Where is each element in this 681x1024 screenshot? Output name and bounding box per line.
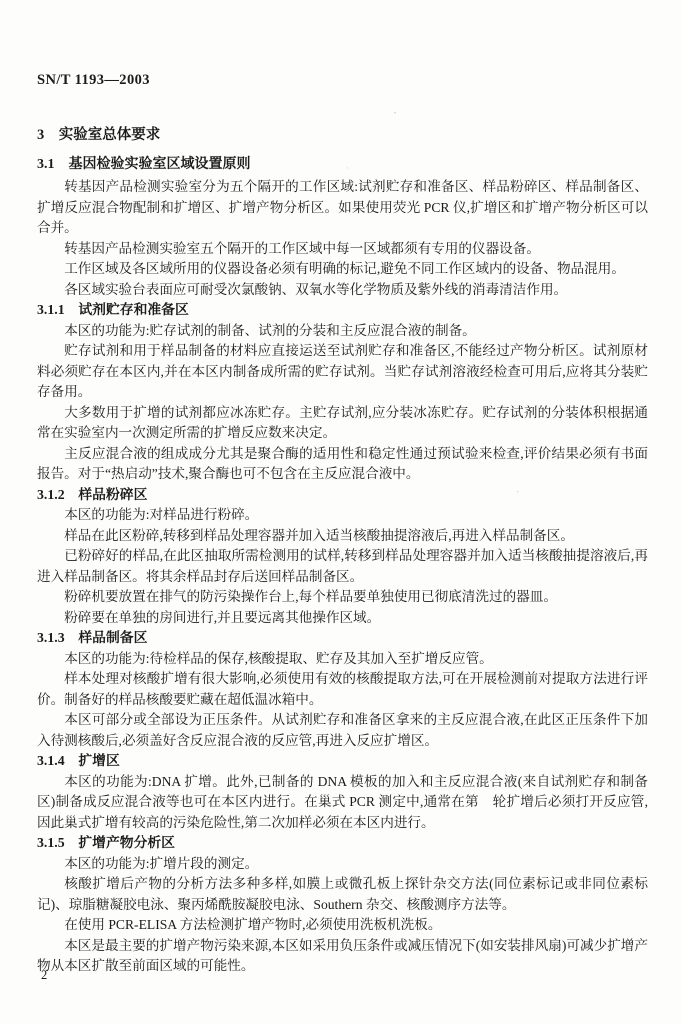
paragraph: 主反应混合液的组成成分尤其是聚合酶的适用性和稳定性通过预试验来检查,评价结果必须… [37, 444, 648, 485]
paragraph: 本区的功能为:对样品进行粉碎。 [37, 505, 648, 526]
paragraph: 本区的功能为:待检样品的保存,核酸提取、贮存及其加入至扩增反应管。 [37, 649, 648, 670]
paragraph: 样本处理对核酸扩增有很大影响,必须使用有效的核酸提取方法,可在开展检测前对提取方… [37, 669, 648, 710]
paragraph: 大多数用于扩增的试剂都应冰冻贮存。主贮存试剂,应分装冰冻贮存。贮存试剂的分装体积… [37, 403, 648, 444]
paragraph: 粉碎机要放置在排气的防污染操作台上,每个样品要单独使用已彻底清洗过的器皿。 [37, 587, 648, 608]
paragraph: 本区的功能为:DNA 扩增。此外,已制备的 DNA 模板的加入和主反应混合液(来… [37, 772, 648, 834]
paragraph: 工作区域及各区域所用的仪器设备必须有明确的标记,避免不同工作区域内的设备、物品混… [37, 259, 648, 280]
scanned-document-page: SN/T 1193—2003 3 实验室总体要求 3.1 基因检验实验室区域设置… [0, 0, 681, 1024]
paragraph: 在使用 PCR-ELISA 方法检测扩增产物时,必须使用洗板机洗板。 [37, 915, 648, 936]
paragraph: 转基因产品检测实验室分为五个隔开的工作区域:试剂贮存和准备区、样品粉碎区、样品制… [37, 177, 648, 239]
paragraph: 本区可部分或全部设为正压条件。从试剂贮存和准备区拿来的主反应混合液,在此区正压条… [37, 710, 648, 751]
paragraph: 核酸扩增后产物的分析方法多种多样,如膜上或微孔板上探针杂交方法(同位素标记或非同… [37, 874, 648, 915]
clause-3-1-3-heading: 3.1.3 样品制备区 [37, 628, 648, 649]
section-3-1-heading: 3.1 基因检验实验室区域设置原则 [37, 155, 648, 175]
clause-3-1-4-heading: 3.1.4 扩增区 [37, 751, 648, 772]
chapter-heading: 3 实验室总体要求 [37, 125, 648, 145]
clause-3-1-2-heading: 3.1.2 样品粉碎区 [37, 485, 648, 506]
page-number: 2 [41, 968, 47, 982]
paragraph: 本区是最主要的扩增产物污染来源,本区如采用负压条件或减压情况下(如安装排风扇)可… [37, 936, 648, 977]
clause-3-1-5-heading: 3.1.5 扩增产物分析区 [37, 833, 648, 854]
paragraph: 本区的功能为:扩增片段的测定。 [37, 854, 648, 875]
paragraph: 粉碎要在单独的房间进行,并且要远离其他操作区域。 [37, 608, 648, 629]
paragraph: 各区域实验台表面应可耐受次氯酸钠、双氧水等化学物质及紫外线的消毒清洁作用。 [37, 280, 648, 301]
paragraph: 样品在此区粉碎,转移到样品处理容器并加入适当核酸抽提溶液后,再进入样品制备区。 [37, 526, 648, 547]
paragraph: 已粉碎好的样品,在此区抽取所需检测用的试样,转移到样品处理容器并加入适当核酸抽提… [37, 546, 648, 587]
doc-code: SN/T 1193—2003 [37, 72, 648, 89]
page-content: SN/T 1193—2003 3 实验室总体要求 3.1 基因检验实验室区域设置… [37, 72, 648, 977]
paragraph: 贮存试剂和用于样品制备的材料应直接运送至试剂贮存和准备区,不能经过产物分析区。试… [37, 341, 648, 403]
clause-3-1-1-heading: 3.1.1 试剂贮存和准备区 [37, 300, 648, 321]
paragraph: 本区的功能为:贮存试剂的制备、试剂的分装和主反应混合液的制备。 [37, 321, 648, 342]
paragraph: 转基因产品检测实验室五个隔开的工作区域中每一区域都须有专用的仪器设备。 [37, 239, 648, 260]
